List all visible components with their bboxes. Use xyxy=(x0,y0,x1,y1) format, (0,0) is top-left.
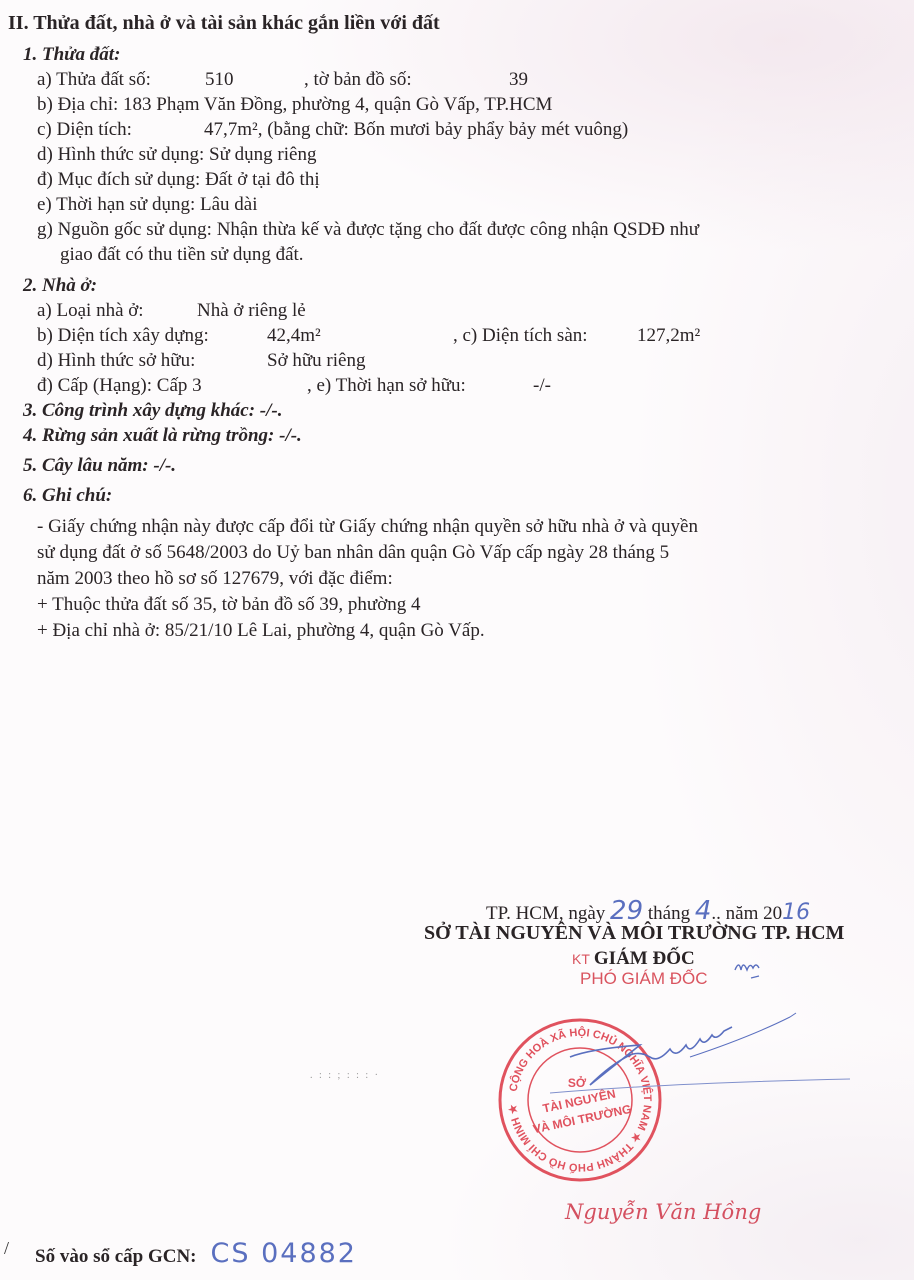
note-line: - Giấy chứng nhận này được cấp đổi từ Gi… xyxy=(37,516,698,538)
house-area-row: b) Diện tích xây dựng: 42,4m² , c) Diện … xyxy=(37,325,209,347)
note-line: năm 2003 theo hồ sơ số 127679, với đặc đ… xyxy=(37,568,393,590)
year-label: năm 20 xyxy=(726,903,782,924)
scan-specks: . : : ; : : : · xyxy=(310,1070,380,1081)
land-duration: e) Thời hạn sử dụng: Lâu dài xyxy=(37,194,258,216)
area-label: c) Diện tích: xyxy=(37,119,132,140)
land-purpose: đ) Mục đích sử dụng: Đất ở tại đô thị xyxy=(37,169,320,191)
house-type-value: Nhà ở riêng lẻ xyxy=(197,300,306,322)
house-type-label: a) Loại nhà ở: xyxy=(37,300,144,321)
term-label: , e) Thời hạn sở hữu: xyxy=(307,375,466,397)
other-construction: 3. Công trình xây dựng khác: -/-. xyxy=(23,400,282,422)
ownership-label: d) Hình thức sở hữu: xyxy=(37,350,195,371)
section-title: II. Thửa đất, nhà ở và tài sản khác gắn … xyxy=(8,12,440,34)
land-address: b) Địa chỉ: 183 Phạm Văn Đồng, phường 4,… xyxy=(37,94,552,116)
registry-number-row: Số vào sổ cấp GCN: CS 04882 xyxy=(35,1238,357,1269)
perennial-trees: 5. Cây lâu năm: -/-. xyxy=(23,455,176,477)
registry-label: Số vào sổ cấp GCN: xyxy=(35,1246,197,1267)
production-forest: 4. Rừng sản xuất là rừng trồng: -/-. xyxy=(23,425,302,447)
note-line: + Địa chỉ nhà ở: 85/21/10 Lê Lai, phường… xyxy=(37,620,485,642)
grade-label: đ) Cấp (Hạng): Cấp 3 xyxy=(37,375,202,396)
build-area-value: 42,4m² xyxy=(267,325,321,347)
house-ownership-row: d) Hình thức sở hữu: Sở hữu riêng xyxy=(37,350,195,372)
house-grade-row: đ) Cấp (Hạng): Cấp 3 , e) Thời hạn sở hữ… xyxy=(37,375,202,397)
issuing-organization: SỞ TÀI NGUYÊN VÀ MÔI TRƯỜNG TP. HCM xyxy=(424,922,844,945)
term-value: -/- xyxy=(533,375,551,397)
deputy-director-title: PHÓ GIÁM ĐỐC xyxy=(580,969,708,989)
signer-name: Nguyễn Văn Hồng xyxy=(565,1200,761,1224)
signature-icon xyxy=(540,1005,870,1115)
floor-area-value: 127,2m² xyxy=(637,325,700,347)
land-heading: 1. Thửa đất: xyxy=(23,44,120,66)
parcel-label: a) Thửa đất số: xyxy=(37,69,151,90)
land-use-form: d) Hình thức sử dụng: Sử dụng riêng xyxy=(37,144,316,166)
area-value: 47,7m², (bằng chữ: Bốn mươi bảy phẩy bảy… xyxy=(204,119,628,141)
director-title: KTGIÁM ĐỐC xyxy=(572,948,695,970)
margin-mark: / xyxy=(4,1238,9,1259)
map-sheet-label: , tờ bản đồ số: xyxy=(304,69,412,91)
place-date-prefix: TP. HCM, ngày xyxy=(486,903,605,924)
land-parcel-row: a) Thửa đất số: 510 , tờ bản đồ số: 39 xyxy=(37,69,151,91)
notes-heading: 6. Ghi chú: xyxy=(23,485,112,507)
parcel-number: 510 xyxy=(205,69,234,91)
house-type-row: a) Loại nhà ở: Nhà ở riêng lẻ xyxy=(37,300,144,322)
kt-prefix: KT xyxy=(572,951,590,967)
build-area-label: b) Diện tích xây dựng: xyxy=(37,325,209,346)
note-line: sử dụng đất ở số 5648/2003 do Uỷ ban nhâ… xyxy=(37,542,669,564)
month-label: tháng xyxy=(648,903,690,924)
floor-area-label: , c) Diện tích sàn: xyxy=(453,325,588,347)
note-line: + Thuộc thửa đất số 35, tờ bản đồ số 39,… xyxy=(37,594,421,616)
land-origin-line1: g) Nguồn gốc sử dụng: Nhận thừa kế và đư… xyxy=(37,219,699,241)
director-title-text: GIÁM ĐỐC xyxy=(594,948,695,969)
initial-mark-icon xyxy=(733,956,773,984)
ownership-value: Sở hữu riêng xyxy=(267,350,365,372)
land-origin-line2: giao đất có thu tiền sử dụng đất. xyxy=(60,244,304,266)
map-sheet-number: 39 xyxy=(509,69,528,91)
land-area-row: c) Diện tích: 47,7m², (bằng chữ: Bốn mươ… xyxy=(37,119,132,141)
house-heading: 2. Nhà ở: xyxy=(23,275,97,297)
registry-value: CS 04882 xyxy=(211,1238,357,1269)
